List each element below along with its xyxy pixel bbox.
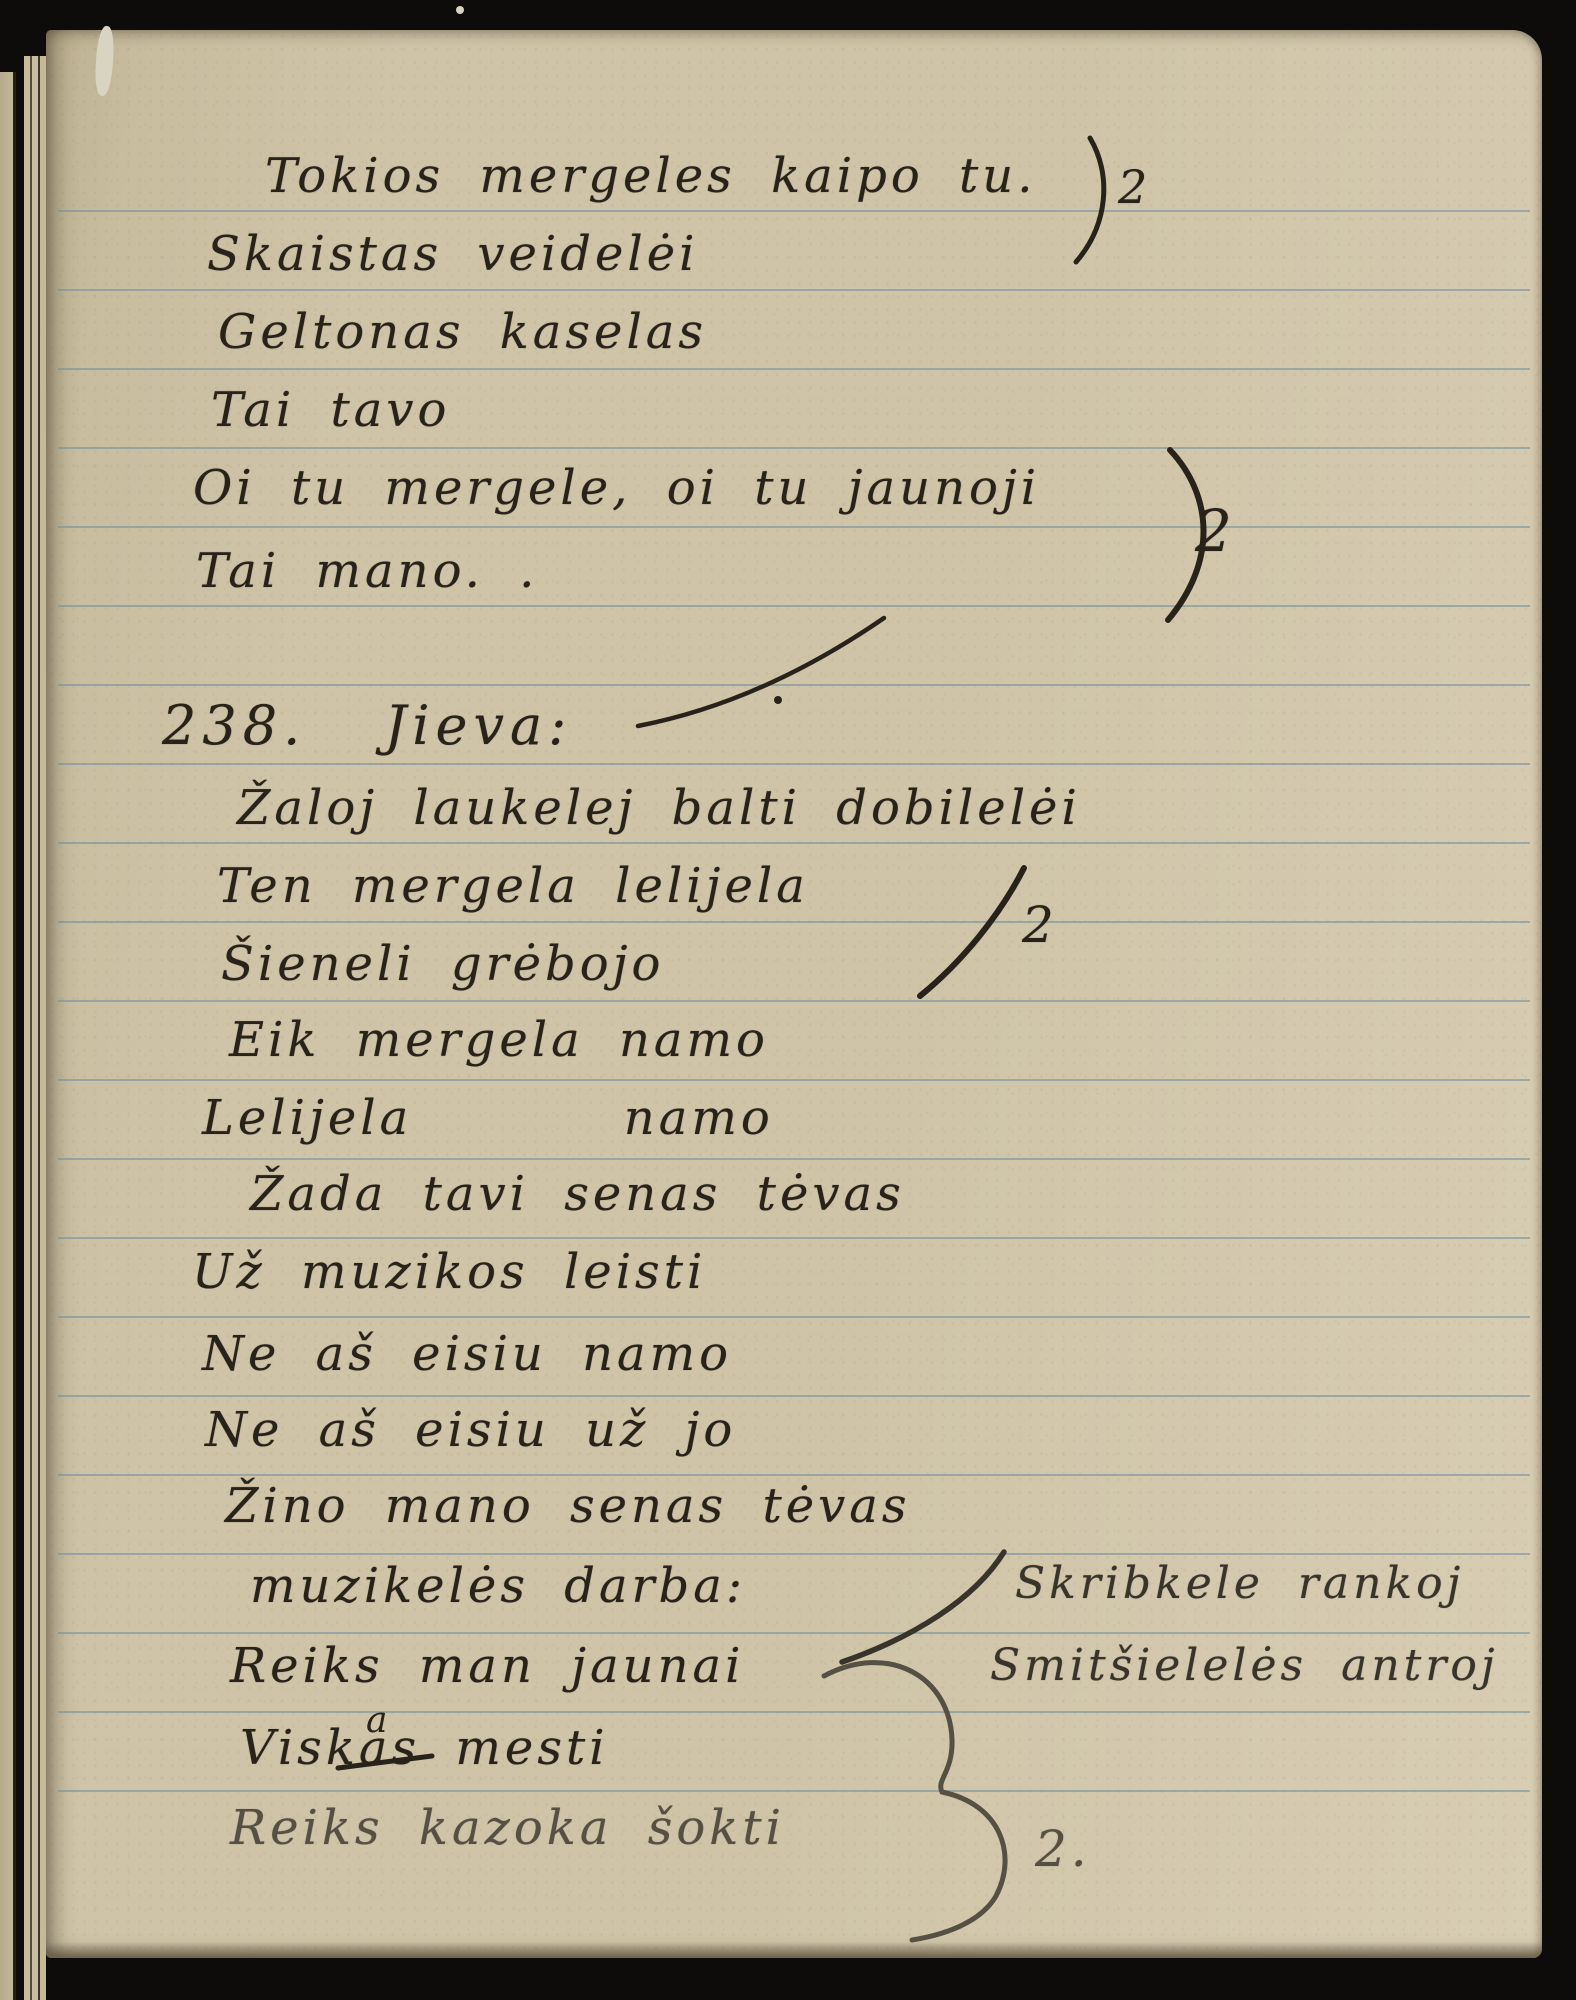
verse-line: Eik mergela namo [229,1014,769,1067]
verse-line: Oi tu mergele, oi tu jaunoji [193,462,1040,515]
ruled-line [58,1632,1530,1634]
verse-line: Šieneli grėbojo [221,938,664,991]
verse-line: Tai tavo [211,384,450,437]
verse-line: Reiks man jaunai [230,1640,744,1693]
margin-note: Skribkele rankoj [1015,1560,1464,1608]
repeat-mark: 2. [1035,1822,1091,1877]
verse-line: muzikelės darba: [250,1560,746,1613]
word-part: mesti [420,1720,608,1776]
verse-line-corrected: Viskas mesti [240,1722,609,1775]
ruled-line [58,1553,1530,1555]
ruled-line [58,605,1530,607]
repeat-mark: 2 [1022,898,1058,953]
ruled-line [58,1000,1530,1002]
word-part: Vis [240,1720,326,1776]
ruled-line [58,1237,1530,1239]
ruled-line [58,1395,1530,1397]
repeat-mark: 2 [1195,500,1236,564]
verse-line: Geltonas kaselas [218,306,707,359]
margin-note: Smitšielelės antroj [990,1642,1499,1690]
ruled-line [58,763,1530,765]
ruled-line [58,1316,1530,1318]
verse-line: Žaloj laukelej balti dobilelėi [237,782,1081,835]
ruled-line [58,526,1530,528]
previous-page-edge [0,72,16,2000]
ruled-line [58,368,1530,370]
ruled-line [58,210,1530,212]
ruled-line [58,921,1530,923]
ruled-line [58,1158,1530,1160]
section-number: 238. [162,694,306,757]
verse-line: Ne aš eisiu už jo [205,1404,736,1457]
dust-fleck [456,6,464,14]
verse-line: Ne aš eisiu namo [202,1328,732,1381]
ruled-line [58,1079,1530,1081]
verse-line: Tokios mergeles kaipo tu. [265,150,1036,203]
ruled-line [58,1790,1530,1792]
verse-line: Žada tavi senas tėvas [250,1168,905,1221]
inserted-letter: a [366,1700,387,1741]
verse-line: Žino mano senas tėvas [225,1480,911,1533]
ruled-line [58,842,1530,844]
section-title: Jieva: [385,694,573,757]
verse-line: Lelijela namo [202,1092,774,1145]
ruled-line [58,289,1530,291]
section-heading: 238. Jieva: [162,696,572,755]
notebook-scan: Tokios mergeles kaipo tu. Skaistas veide… [0,0,1576,2000]
verse-line: Tai mano. . [196,545,538,598]
ruled-line [58,1711,1530,1713]
verse-line: Už muzikos leisti [192,1246,706,1299]
ruled-line [58,684,1530,686]
ruled-line [58,1474,1530,1476]
verse-line: Ten mergela lelijela [217,860,809,913]
verse-line: Skaistas veidelėi [207,228,698,281]
verse-line: Reiks kazoka šokti [230,1802,785,1855]
repeat-mark: 2 [1118,162,1151,213]
page-stack-edges [24,56,46,2000]
ruled-line [58,447,1530,449]
